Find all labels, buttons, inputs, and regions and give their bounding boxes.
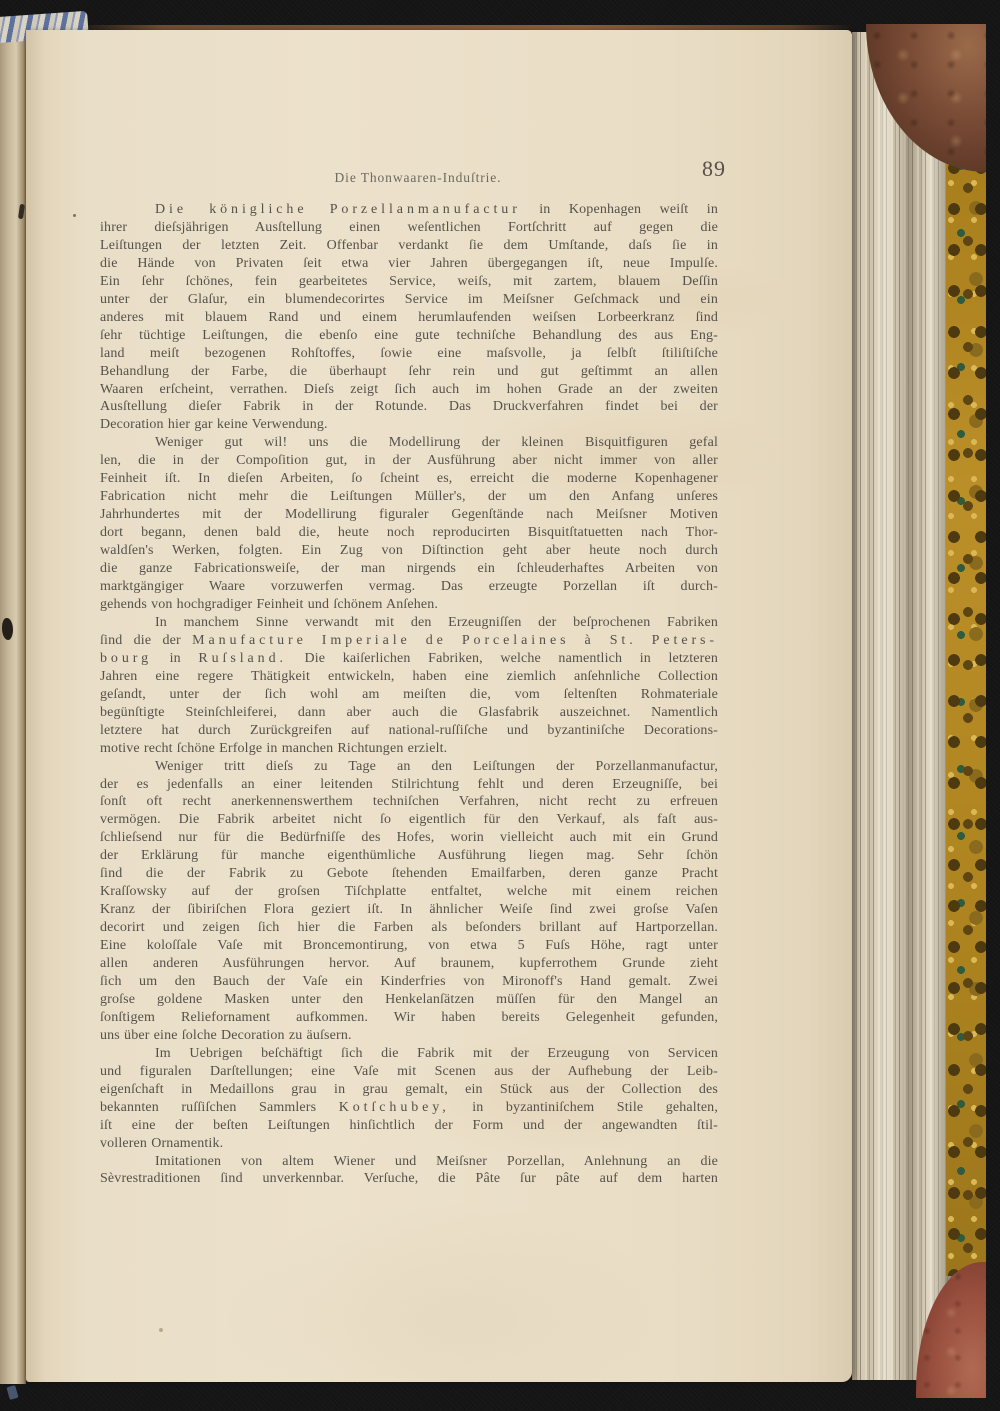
- text-line: und figuralen Darſtellungen; eine Vaſe m…: [100, 1063, 718, 1081]
- text-line: Die königliche Porzellanmanufactur in Ko…: [100, 201, 718, 219]
- text-line: Kranz der ſibiriſchen Flora geziert iſt.…: [100, 901, 718, 919]
- text-line: vermögen. Die Fabrik arbeitet nicht ſo e…: [100, 811, 718, 829]
- text-line: uns über eine ſolche Decoration zu äuſse…: [100, 1027, 718, 1045]
- text-line: groſse goldene Masken unter den Henkelan…: [100, 991, 718, 1009]
- ink-mark: [2, 618, 13, 640]
- text-line: Leiſtungen der letzten Zeit. Offenbar ve…: [100, 237, 718, 255]
- text-line: In manchem Sinne verwandt mit den Erzeug…: [100, 614, 718, 632]
- text-line: Jahren eine regere Thätigkeit entwickeln…: [100, 668, 718, 686]
- text-line: ſchlieſsend nur für die Bedürfniſſe des …: [100, 829, 718, 847]
- text-line: marktgängiger Waare vorzuwerfen vermag. …: [100, 578, 718, 596]
- text-line: Imitationen von altem Wiener und Meiſsne…: [100, 1153, 718, 1171]
- ink-mark: [6, 1385, 18, 1400]
- text-line: ſehr tüchtige Leiſtungen, die ebenſo ein…: [100, 327, 718, 345]
- text-line: Weniger tritt dieſs zu Tage an den Leiſt…: [100, 758, 718, 776]
- text-line: Jahrhundertes mit der Modellirung figura…: [100, 506, 718, 524]
- text-line: iſt eine der beſten Leiſtungen hinſichtl…: [100, 1117, 718, 1135]
- page-gutter: [0, 28, 26, 1384]
- text-line: Behandlung der Farbe, die überhaupt ſehr…: [100, 363, 718, 381]
- text-line: ſind die der Manufacture Imperiale de Po…: [100, 632, 718, 650]
- text-line: ſonſt oft recht anerkennenswerthem techn…: [100, 793, 718, 811]
- text-line: gehends von hochgradiger Feinheit und ſc…: [100, 596, 718, 614]
- text-line: volleren Ornamentik.: [100, 1135, 718, 1153]
- text-block: Die königliche Porzellanmanufactur in Ko…: [100, 201, 718, 1188]
- text-line: die Hände von Privaten ſeit etwa vier Ja…: [100, 255, 718, 273]
- text-line: len, die in der Compoſition gut, in der …: [100, 452, 718, 470]
- text-line: Ausſtellung dieſer Fabrik in der Rotunde…: [100, 398, 718, 416]
- text-line: Weniger gut wil! uns die Modellirung der…: [100, 434, 718, 452]
- text-line: ſonſtigem Reliefornament aufkommen. Wir …: [100, 1009, 718, 1027]
- text-line: bourg in Ruſsland. Die kaiſerlichen Fabr…: [100, 650, 718, 668]
- text-line: ſich um den Bauch der Vaſe ein Kinderfri…: [100, 973, 718, 991]
- text-line: unter der Glaſur, ein blumendecorirtes S…: [100, 291, 718, 309]
- text-line: motive recht ſchöne Erfolge in manchen R…: [100, 740, 718, 758]
- text-line: anderes mit blauem Rand und einem heruml…: [100, 309, 718, 327]
- text-line: Fabrication nicht mehr die Leiſtungen Mü…: [100, 488, 718, 506]
- book-scan: Die Thonwaaren-Induſtrie. 89 Die königli…: [0, 0, 1000, 1411]
- text-line: geſandt, unter der ſich wohl am meiſten …: [100, 686, 718, 704]
- text-line: Decoration hier gar keine Verwendung.: [100, 416, 718, 434]
- text-line: letztere hat durch Zurückgreifen auf nat…: [100, 722, 718, 740]
- running-header: Die Thonwaaren-Induſtrie. 89: [100, 156, 718, 196]
- text-line: bekannten ruſſiſchen Sammlers Kotſchubey…: [100, 1099, 718, 1117]
- paper-speck: [73, 214, 76, 217]
- page-number: 89: [702, 156, 726, 182]
- marbled-cover: [946, 158, 986, 1276]
- text-line: Sèvrestraditionen ſind unverkennbar. Ver…: [100, 1170, 718, 1188]
- text-line: eigenſchaft in Medaillons grau in grau g…: [100, 1081, 718, 1099]
- fore-edge-pages: [852, 32, 952, 1380]
- text-line: die ganze Fabricationsweiſe, der man nir…: [100, 560, 718, 578]
- text-line: der es jedenfalls an einer leitenden Sti…: [100, 776, 718, 794]
- text-line: der Erklärung für manche eigenthümliche …: [100, 847, 718, 865]
- running-header-title: Die Thonwaaren-Induſtrie.: [100, 170, 718, 186]
- text-line: allen anderen Ausführungen hervor. Auf b…: [100, 955, 718, 973]
- text-line: Ein ſehr ſchönes, fein gearbeitetes Serv…: [100, 273, 718, 291]
- text-line: decorirt und zeigen ſich hier die Farben…: [100, 919, 718, 937]
- book-page: Die Thonwaaren-Induſtrie. 89 Die königli…: [26, 30, 852, 1382]
- text-line: Waaren erſcheint, verrathen. Dieſs zeigt…: [100, 381, 718, 399]
- text-line: Feinheit iſt. In dieſen Arbeiten, ſo ſch…: [100, 470, 718, 488]
- text-line: waldſen's Werken, folgten. Ein Zug von D…: [100, 542, 718, 560]
- text-line: begünſtigte Steinſchleiferei, dann aber …: [100, 704, 718, 722]
- text-line: ſind die der Fabrik zu Gebote ſtehenden …: [100, 865, 718, 883]
- paper-speck: [159, 1328, 163, 1332]
- text-line: ihrer dieſsjährigen Ausſtellung einen we…: [100, 219, 718, 237]
- text-line: Im Uebrigen beſchäftigt ſich die Fabrik …: [100, 1045, 718, 1063]
- text-line: land meiſt bezogenen Rohſtoffes, ſowie e…: [100, 345, 718, 363]
- text-line: Kraſſowsky auf der groſsen Tiſchplatte e…: [100, 883, 718, 901]
- text-line: Eine koloſſale Vaſe mit Broncemontirung,…: [100, 937, 718, 955]
- text-line: dort begann, denen bald die, heute noch …: [100, 524, 718, 542]
